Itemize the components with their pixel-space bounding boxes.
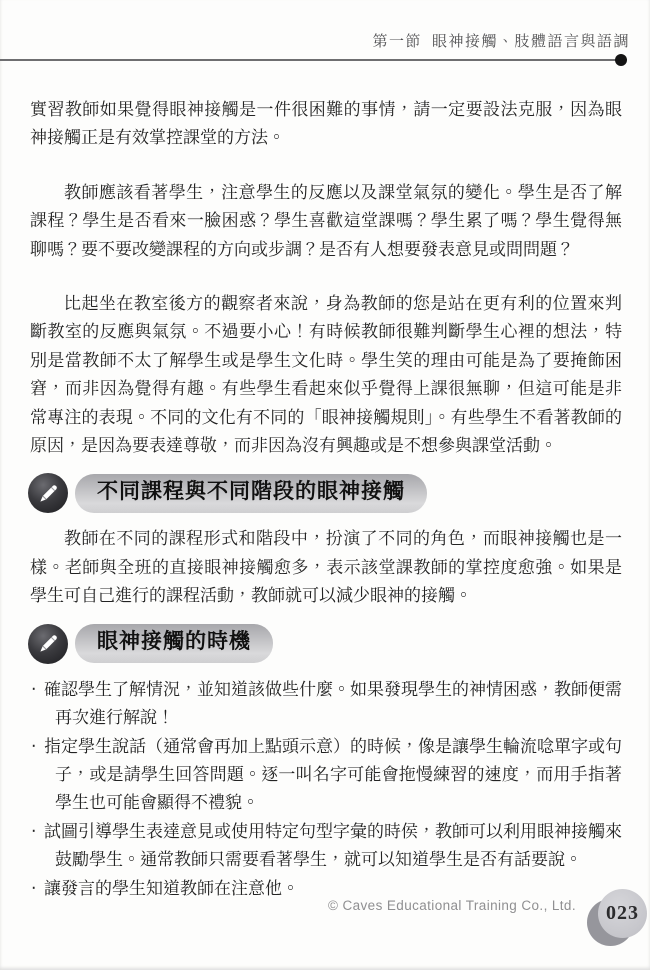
page-body: 實習教師如果覺得眼神接觸是一件很困難的事情，請一定要設法克服，因為眼神接觸正是有… xyxy=(30,96,622,903)
copyright-line: © Caves Educational Training Co., Ltd. xyxy=(328,898,576,913)
section-heading: 眼神接觸的時機 xyxy=(28,624,620,664)
running-head: 第一節眼神接觸、肢體語言與語調 xyxy=(372,30,630,51)
section-heading: 不同課程與不同階段的眼神接觸 xyxy=(28,473,620,513)
page-number: 023 xyxy=(598,889,647,938)
book-page: 第一節眼神接觸、肢體語言與語調 實習教師如果覺得眼神接觸是一件很困難的事情，請一… xyxy=(0,0,650,970)
paragraph: 教師在不同的課程形式和階段中，扮演了不同的角色，而眼神接觸也是一樣。老師與全班的… xyxy=(30,525,622,610)
section-title: 眼神接觸、肢體語言與語調 xyxy=(432,33,630,50)
pencil-icon xyxy=(28,624,68,664)
paragraph: 實習教師如果覺得眼神接觸是一件很困難的事情，請一定要設法克服，因為眼神接觸正是有… xyxy=(30,96,622,153)
bullet-list: 確認學生了解情況，並知道該做些什麼。如果發現學生的神情困惑，教師便需再次進行解說… xyxy=(30,676,622,903)
header-rule xyxy=(0,59,626,61)
header-rule-dot xyxy=(615,54,627,66)
paragraph: 教師應該看著學生，注意學生的反應以及課堂氣氛的變化。學生是否了解課程？學生是否看… xyxy=(30,179,622,264)
section-number: 第一節 xyxy=(372,33,422,50)
page-number-badge: 023 xyxy=(587,888,649,948)
section-heading-label: 眼神接觸的時機 xyxy=(75,624,273,662)
bullet-item: 指定學生說話（通常會再加上點頭示意）的時候，像是讓學生輪流唸單字或句子，或是請學… xyxy=(30,733,622,818)
bullet-item: 確認學生了解情況，並知道該做些什麼。如果發現學生的神情困惑，教師便需再次進行解說… xyxy=(30,676,622,733)
pencil-icon xyxy=(28,473,68,513)
paragraph: 比起坐在教室後方的觀察者來說，身為教師的您是站在更有利的位置來判斷教室的反應與氣… xyxy=(30,290,622,460)
bullet-item: 試圖引導學生表達意見或使用特定句型字彙的時侯，教師可以利用眼神接觸來鼓勵學生。通… xyxy=(30,818,622,875)
section-heading-label: 不同課程與不同階段的眼神接觸 xyxy=(75,474,427,512)
